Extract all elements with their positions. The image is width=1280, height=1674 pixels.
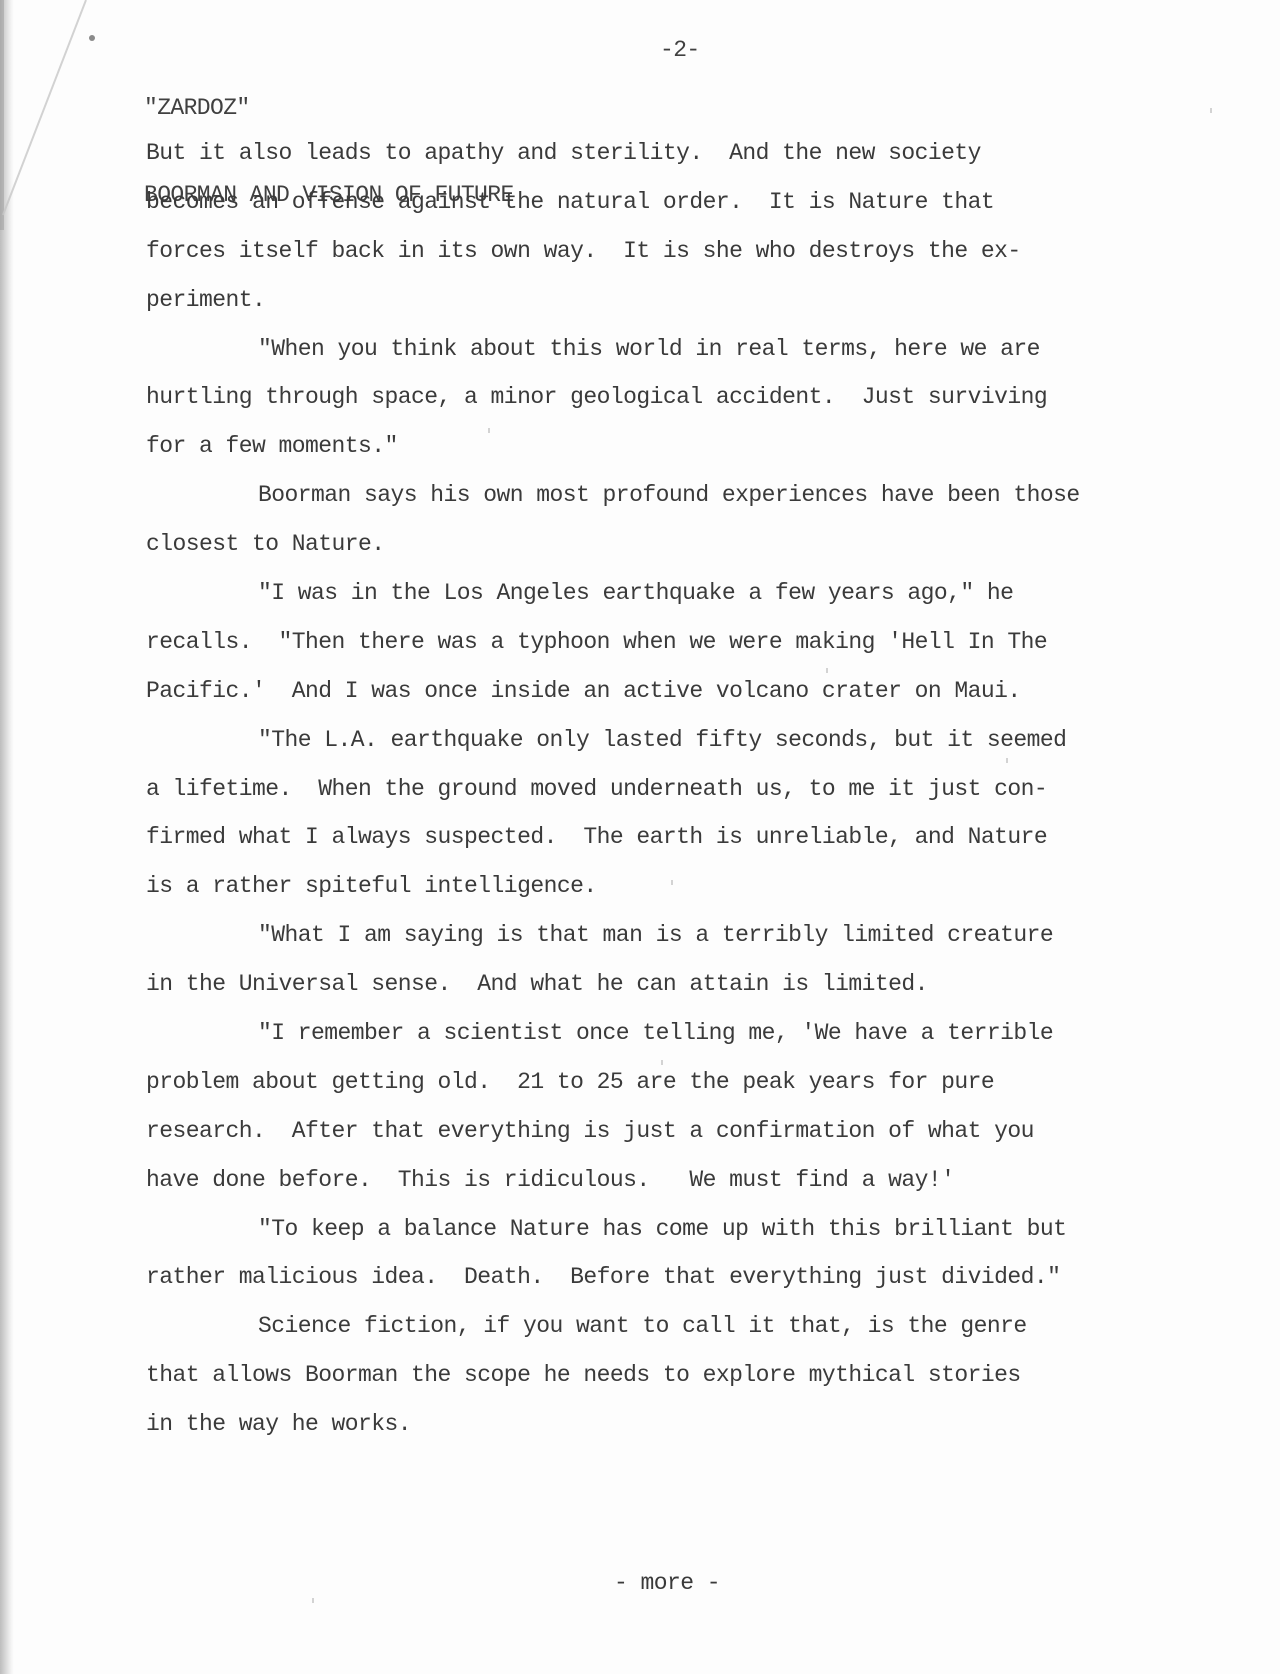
text-line: recalls. "Then there was a typhoon when … xyxy=(146,627,1256,676)
text-line: in the way he works. xyxy=(146,1409,1256,1458)
text-line: forces itself back in its own way. It is… xyxy=(146,236,1256,285)
paper-speck xyxy=(1210,108,1212,113)
text-line: "To keep a balance Nature has come up wi… xyxy=(146,1214,1256,1263)
paper-speck xyxy=(312,1598,314,1603)
paper-speck xyxy=(671,880,673,885)
text-line: "I remember a scientist once telling me,… xyxy=(146,1018,1256,1067)
typewritten-page: "ZARDOZ" BOORMAN AND VISION OF FUTURE -2… xyxy=(0,0,1280,1674)
page-number: -2- xyxy=(660,36,700,65)
paper-speck xyxy=(1006,758,1008,763)
text-line: periment. xyxy=(146,285,1256,334)
text-line: is a rather spiteful intelligence. xyxy=(146,871,1256,920)
text-line: Science fiction, if you want to call it … xyxy=(146,1311,1256,1360)
text-line: firmed what I always suspected. The eart… xyxy=(146,822,1256,871)
text-line: that allows Boorman the scope he needs t… xyxy=(146,1360,1256,1409)
scan-edge-shadow xyxy=(0,0,14,1674)
paper-speck xyxy=(661,1060,663,1065)
body-text: But it also leads to apathy and sterilit… xyxy=(146,138,1256,1458)
text-line: But it also leads to apathy and sterilit… xyxy=(146,138,1256,187)
text-line: for a few moments." xyxy=(146,431,1256,480)
text-line: "The L.A. earthquake only lasted fifty s… xyxy=(146,725,1256,774)
text-line: in the Universal sense. And what he can … xyxy=(146,969,1256,1018)
scan-edge-dark xyxy=(0,0,4,230)
continuation-marker: - more - xyxy=(0,1568,1280,1598)
header-title: "ZARDOZ" xyxy=(144,94,514,123)
text-line: "What I am saying is that man is a terri… xyxy=(146,920,1256,969)
paper-speck xyxy=(488,428,490,433)
paper-speck xyxy=(826,668,828,673)
text-line: problem about getting old. 21 to 25 are … xyxy=(146,1067,1256,1116)
text-line: rather malicious idea. Death. Before tha… xyxy=(146,1262,1256,1311)
text-line: a lifetime. When the ground moved undern… xyxy=(146,774,1256,823)
text-line: Boorman says his own most profound exper… xyxy=(146,480,1256,529)
text-line: closest to Nature. xyxy=(146,529,1256,578)
text-line: becomes an offense against the natural o… xyxy=(146,187,1256,236)
text-line: Pacific.' And I was once inside an activ… xyxy=(146,676,1256,725)
text-line: "When you think about this world in real… xyxy=(146,334,1256,383)
text-line: research. After that everything is just … xyxy=(146,1116,1256,1165)
text-line: have done before. This is ridiculous. We… xyxy=(146,1165,1256,1214)
text-line: "I was in the Los Angeles earthquake a f… xyxy=(146,578,1256,627)
text-line: hurtling through space, a minor geologic… xyxy=(146,382,1256,431)
